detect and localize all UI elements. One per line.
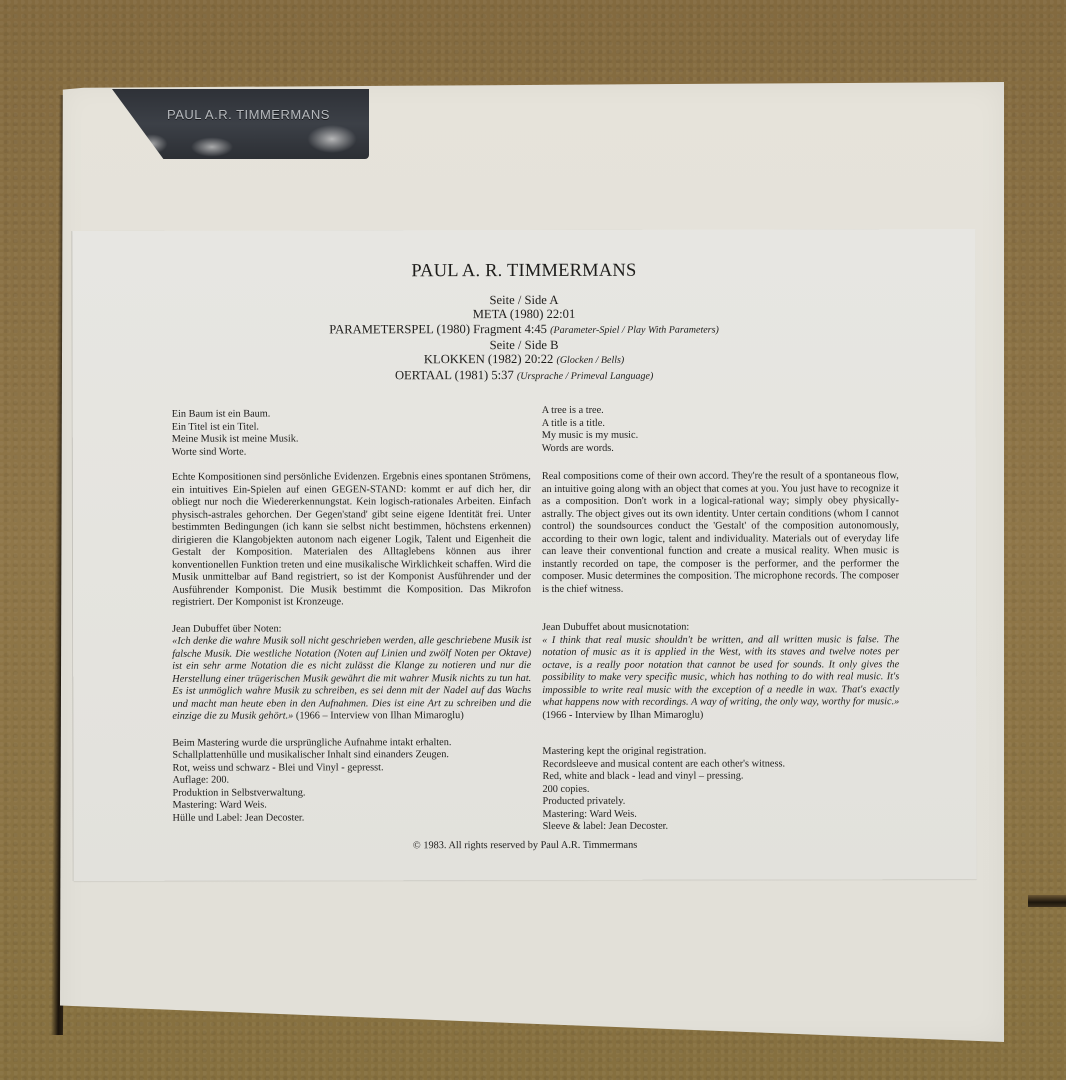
printed-insert: PAUL A. R. TIMMERMANS Seite / Side A MET… bbox=[72, 229, 976, 881]
cardboard-seam bbox=[1028, 895, 1066, 907]
artist-title: PAUL A. R. TIMMERMANS bbox=[72, 260, 975, 283]
track-note: (Parameter-Spiel / Play With Parameters) bbox=[550, 324, 719, 335]
german-column: Ein Baum ist ein Baum. Ein Titel ist ein… bbox=[172, 408, 532, 825]
english-verse: A tree is a tree. A title is a title. My… bbox=[542, 404, 899, 455]
english-quote: « I think that real music shouldn't be w… bbox=[542, 634, 899, 722]
track-note: (Glocken / Bells) bbox=[556, 355, 624, 366]
english-credits: Mastering kept the original registration… bbox=[542, 745, 899, 833]
tracklist: Seite / Side A META (1980) 22:01 PARAMET… bbox=[72, 292, 975, 386]
english-essay: Real compositions come of their own acco… bbox=[542, 470, 899, 596]
tracklist-line: OERTAAL (1981) 5:37 (Ursprache / Primeva… bbox=[73, 368, 976, 386]
german-verse: Ein Baum ist ein Baum. Ein Titel ist ein… bbox=[172, 408, 531, 459]
copyright-notice: © 1983. All rights reserved by Paul A.R.… bbox=[74, 839, 977, 852]
english-column: A tree is a tree. A title is a title. My… bbox=[542, 404, 900, 833]
german-essay: Echte Kompositionen sind persönliche Evi… bbox=[172, 471, 531, 609]
tracklist-line: PARAMETERSPEL (1980) Fragment 4:45 (Para… bbox=[73, 321, 976, 339]
spine-label-text: PAUL A.R. TIMMERMANS bbox=[167, 107, 330, 122]
german-credits: Beim Mastering wurde die ursprüngliche A… bbox=[172, 736, 531, 824]
tracklist-line: KLOKKEN (1982) 20:22 (Glocken / Bells) bbox=[73, 351, 976, 369]
german-quote-heading: Jean Dubuffet über Noten: bbox=[172, 622, 531, 635]
german-quote: «Ich denke die wahre Musik soll nicht ge… bbox=[172, 635, 531, 723]
english-quote-heading: Jean Dubuffet about musicnotation: bbox=[542, 621, 899, 634]
track-note: (Ursprache / Primeval Language) bbox=[517, 371, 653, 382]
